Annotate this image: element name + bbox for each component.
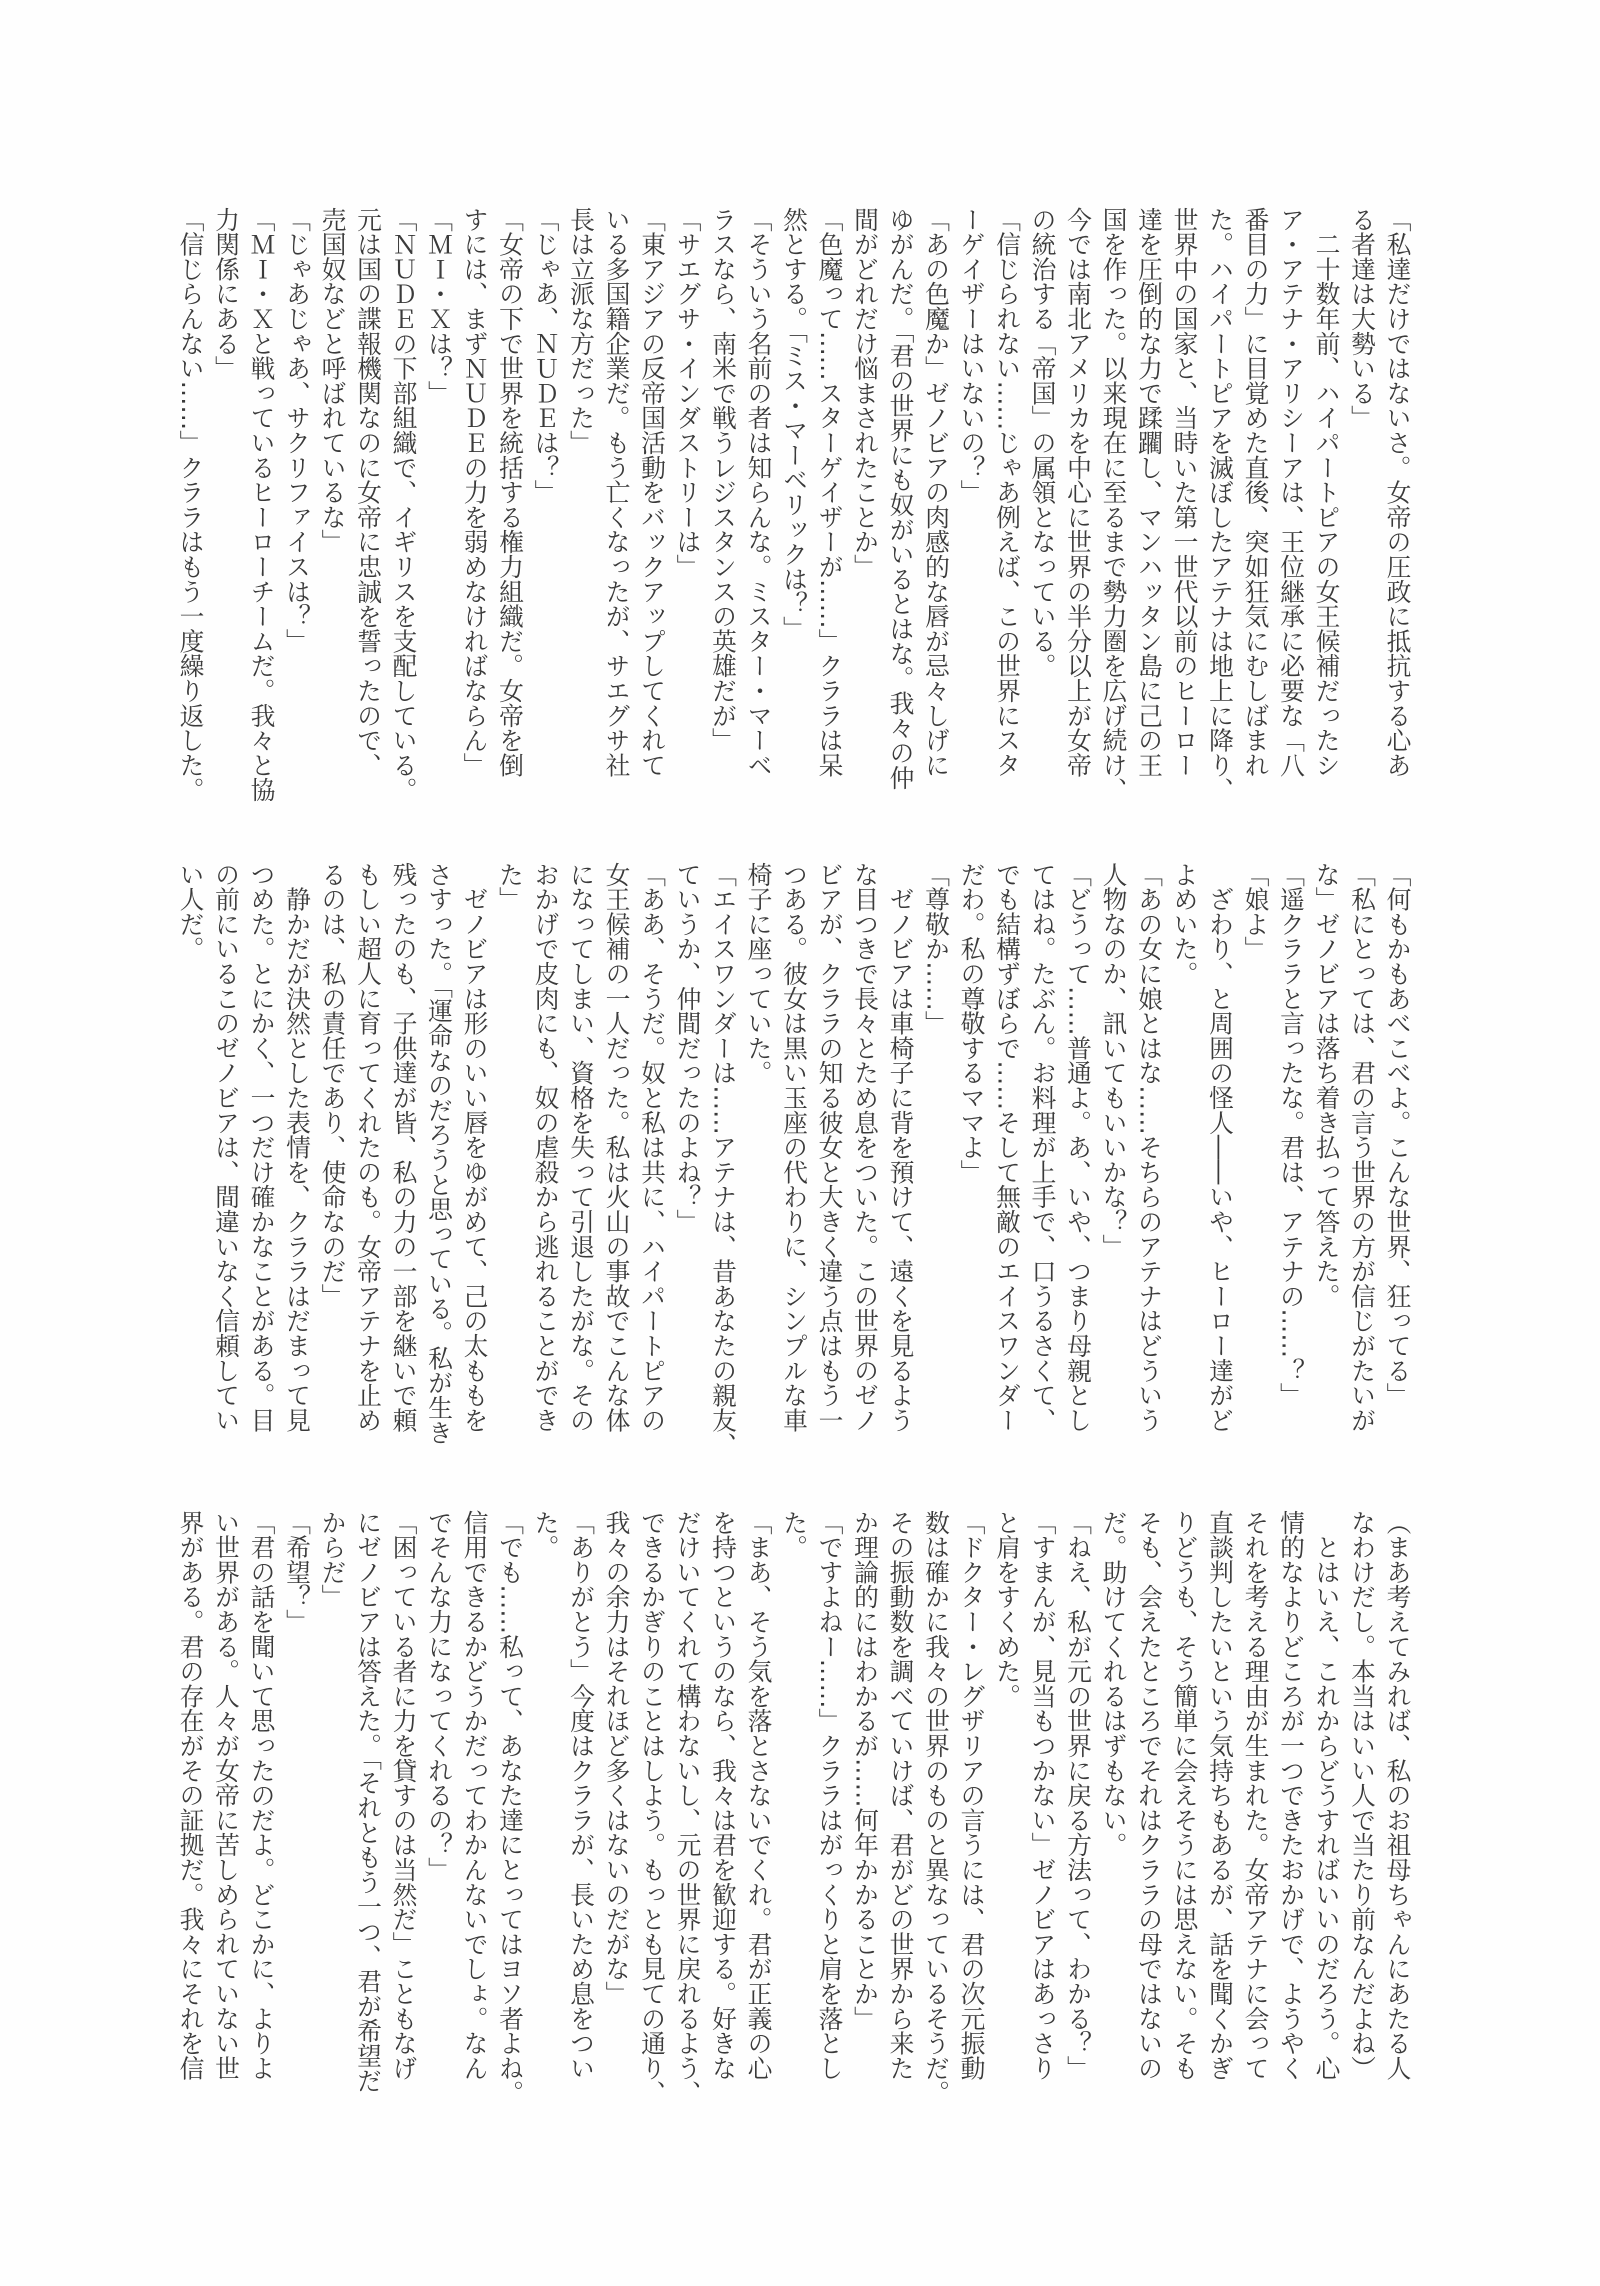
text-column: すには、まずＮＵＤＥの力を弱めなければならん」 (457, 207, 493, 807)
text-column: 「私達だけではないさ。女帝の圧政に抵抗する心あ (1380, 207, 1416, 807)
text-column: てはね。たぶん。お料理が上手で、口うるさくて、 (1025, 862, 1061, 1462)
text-column: 元は国の諜報機関なのに女帝に忠誠を誓ったので、 (350, 207, 386, 807)
text-column: ゆがんだ。「君の世界にも奴がいるとはな。我々の仲 (883, 207, 919, 807)
text-column: 人物なのか、訊いてもいいかな？」 (1096, 862, 1132, 1462)
text-column: 「そういう名前の者は知らんな。ミスター・マーベ (741, 207, 777, 807)
text-column: 「すまんが、見当もつかない」ゼノビアはあっさり (1025, 1510, 1061, 2110)
text-column: 売国奴などと呼ばれているな」 (315, 207, 351, 807)
text-column: 「じゃあ、ＮＵＤＥは？」 (528, 207, 564, 807)
text-column: 信用できるかどうかだってわかんないでしょ。なん (457, 1510, 493, 2110)
text-column: 「ＭＩ・Ｘと戦っているヒーローチームだ。我々と協 (244, 207, 280, 807)
text-column: 「信じられない……じゃあ例えば、この世界にスタ (989, 207, 1025, 807)
text-column: ゼノビアは形のいい唇をゆがめて、己の太ももを (457, 862, 493, 1462)
text-column: 「女帝の下で世界を統括する権力組織だ。女帝を倒 (492, 207, 528, 807)
text-column: になってしまい、資格を失って引退したがな。その (563, 862, 599, 1462)
text-column: 「あの色魔か」ゼノビアの肉感的な唇が忌々しげに (918, 207, 954, 807)
text-column: 番目の力」に目覚めた直後、突如狂気にむしばまれ (1238, 207, 1274, 807)
text-column: つめた。とにかく、一つだけ確かなことがある。目 (244, 862, 280, 1462)
text-column: そも、会えたところでそれはクララの母ではないの (1131, 1510, 1167, 2110)
text-column: つある。彼女は黒い玉座の代わりに、シンプルな車 (776, 862, 812, 1462)
text-column: 「まあ、そう気を落とさないでくれ。君が正義の心 (741, 1510, 777, 2110)
text-column: りどうも、そう簡単に会えそうには思えない。そも (1167, 1510, 1203, 2110)
text-column: か理論的にはわかるが……何年かかることか」 (847, 1510, 883, 2110)
text-column: 「ドクター・レグザリアの言うには、君の次元振動 (954, 1510, 990, 2110)
text-column: の前にいるこのゼノビアは、間違いなく信頼してい (208, 862, 244, 1462)
text-column: できるかぎりのことはしよう。もっとも見ての通り、 (634, 1510, 670, 2110)
text-column: の統治する「帝国」の属領となっている。 (1025, 207, 1061, 807)
book-page: 「私達だけではないさ。女帝の圧政に抵抗する心あ る者達は大勢いる」 二十数年前、… (0, 0, 1600, 2286)
text-column: を持つというのなら、我々は君を歓迎する。好きな (705, 1510, 741, 2110)
text-column: るのは、私の責任であり、使命なのだ」 (315, 862, 351, 1462)
text-column: 「何もかもあべこべよ。こんな世界、狂ってる」 (1380, 862, 1416, 1462)
text-column: 「尊敬か……」 (918, 862, 954, 1462)
text-column: 「東アジアの反帝国活動をバックアップしてくれて (634, 207, 670, 807)
text-column: 「ＭＩ・Ｘは？」 (421, 207, 457, 807)
text-column: 「私にとっては、君の言う世界の方が信じがたいが (1344, 862, 1380, 1462)
text-column: にゼノビアは答えた。「それともう一つ、君が希望だ (350, 1510, 386, 2110)
text-column: だ。助けてくれるはずもない。 (1096, 1510, 1132, 2110)
text-column: その振動数を調べていけば、君がどの世界から来た (883, 1510, 919, 2110)
text-column: い人だ。 (173, 862, 209, 1462)
text-column: だけいてくれて構わないし、元の世界に戻れるよう、 (670, 1510, 706, 2110)
text-column: 「娘よ」 (1238, 862, 1274, 1462)
text-column: 今では南北アメリカを中心に世界の半分以上が女帝 (1060, 207, 1096, 807)
text-column: た。ハイパートピアを滅ぼしたアテナは地上に降り、 (1202, 207, 1238, 807)
text-column: でそんな力になってくれるの？」 (421, 1510, 457, 2110)
text-column: 「ですよねー……」クララはがっくりと肩を落とし (812, 1510, 848, 2110)
text-column: もしい超人に育ってくれたのも。女帝アテナを止め (350, 862, 386, 1462)
text-column: 静かだが決然とした表情を、クララはだまって見 (279, 862, 315, 1462)
text-column: 「サエグサ・インダストリーは」 (670, 207, 706, 807)
text-column: 「ねえ、私が元の世界に戻る方法って、わかる？」 (1060, 1510, 1096, 2110)
text-column: よめいた。 (1167, 862, 1203, 1462)
text-column: なわけだし。本当はいい人で当たり前なんだよね） (1344, 1510, 1380, 2110)
text-column: ーゲイザーはいないの？」 (954, 207, 990, 807)
text-column: 界がある。君の存在がその証拠だ。我々にそれを信 (173, 1510, 209, 2110)
text-column: 然とする。「ミス・マーベリックは？」 (776, 207, 812, 807)
text-column: た。 (776, 1510, 812, 2110)
text-column: 女王候補の一人だった。私は火山の事故でこんな体 (599, 862, 635, 1462)
text-column: 「エイスワンダーは……アテナは、昔あなたの親友、 (705, 862, 741, 1462)
text-column: な目つきで長々とため息をついた。この世界のゼノ (847, 862, 883, 1462)
text-column: とはいえ、これからどうすればいいのだろう。心 (1309, 1510, 1345, 2110)
text-column: 「でも……私って、あなた達にとってはヨソ者よね。 (492, 1510, 528, 2110)
text-column: 「あの女に娘とはな……そちらのアテナはどういう (1131, 862, 1167, 1462)
text-column: い世界がある。人々が女帝に苦しめられていない世 (208, 1510, 244, 2110)
text-column: 力関係にある」 (208, 207, 244, 807)
text-column: 「ＮＵＤＥの下部組織で、イギリスを支配している。 (386, 207, 422, 807)
text-column: 達を圧倒的な力で蹂躙し、マンハッタン島に己の王 (1131, 207, 1167, 807)
text-column: （まあ考えてみれば、私のお祖母ちゃんにあたる人 (1380, 1510, 1416, 2110)
text-column: 「じゃあじゃあ、サクリファイスは？」 (279, 207, 315, 807)
text-column: 間がどれだけ悩まされたことか」 (847, 207, 883, 807)
text-column: 「色魔って……スターゲイザーが……」クララは呆 (812, 207, 848, 807)
text-column: 残ったのも、子供達が皆、私の力の一部を継いで頼 (386, 862, 422, 1462)
text-column: た。 (528, 1510, 564, 2110)
text-column: ざわり、と周囲の怪人――いや、ヒーロー達がど (1202, 862, 1238, 1462)
text-column: ていうか、仲間だったのよね？」 (670, 862, 706, 1462)
text-column: 「ありがとう」今度はクララが、長いため息をつい (563, 1510, 599, 2110)
text-column: 我々の余力はそれほど多くはないのだがな」 (599, 1510, 635, 2110)
text-column: 数は確かに我々の世界のものと異なっているそうだ。 (918, 1510, 954, 2110)
text-column: でも結構ずぼらで……そして無敵のエイスワンダー (989, 862, 1025, 1462)
bottom-tier: （まあ考えてみれば、私のお祖母ちゃんにあたる人 なわけだし。本当はいい人で当たり… (172, 1510, 1415, 2110)
text-column: 「困っている者に力を貸すのは当然だ」こともなげ (386, 1510, 422, 2110)
text-column: ゼノビアは車椅子に背を預けて、遠くを見るよう (883, 862, 919, 1462)
text-column: ラスなら、南米で戦うレジスタンスの英雄だが」 (705, 207, 741, 807)
text-column: と肩をすくめた。 (989, 1510, 1025, 2110)
text-column: 国を作った。以来現在に至るまで勢力圏を広げ続け、 (1096, 207, 1132, 807)
text-column: 長は立派な方だった」 (563, 207, 599, 807)
text-column: 「ああ、そうだ。奴と私は共に、ハイパートピアの (634, 862, 670, 1462)
text-column: 「信じらんない……」クララはもう一度繰り返した。 (173, 207, 209, 807)
text-column: 「遥クララと言ったな。君は、アテナの……？」 (1273, 862, 1309, 1462)
text-column: 世界中の国家と、当時いた第一世代以前のヒーロー (1167, 207, 1203, 807)
text-column: た」 (492, 862, 528, 1462)
text-column: 直談判したいという気持ちもあるが、話を聞くかぎ (1202, 1510, 1238, 2110)
text-column: 「どうって……普通よ。あ、いや、つまり母親とし (1060, 862, 1096, 1462)
text-column: それを考える理由が生まれた。女帝アテナに会って (1238, 1510, 1274, 2110)
middle-tier: 「何もかもあべこべよ。こんな世界、狂ってる」 「私にとっては、君の言う世界の方が… (172, 862, 1415, 1462)
text-column: 二十数年前、ハイパートピアの女王候補だったシ (1309, 207, 1345, 807)
text-column: ビアが、クララの知る彼女と大きく違う点はもう一 (812, 862, 848, 1462)
text-column: おかげで皮肉にも、奴の虐殺から逃れることができ (528, 862, 564, 1462)
text-column: 「希望？」 (279, 1510, 315, 2110)
text-column: からだ」 (315, 1510, 351, 2110)
text-column: 椅子に座っていた。 (741, 862, 777, 1462)
text-column: 「君の話を聞いて思ったのだよ。どこかに、よりよ (244, 1510, 280, 2110)
text-column: 情的なよりどころが一つできたおかげで、ようやく (1273, 1510, 1309, 2110)
text-column: だわ。私の尊敬するママよ」 (954, 862, 990, 1462)
text-column: な」ゼノビアは落ち着き払って答えた。 (1309, 862, 1345, 1462)
text-column: る者達は大勢いる」 (1344, 207, 1380, 807)
text-column: さすった。「運命なのだろうと思っている。私が生き (421, 862, 457, 1462)
text-column: いる多国籍企業だ。もう亡くなったが、サエグサ社 (599, 207, 635, 807)
text-column: ア・アテナ・アリシーアは、王位継承に必要な「八 (1273, 207, 1309, 807)
top-tier: 「私達だけではないさ。女帝の圧政に抵抗する心あ る者達は大勢いる」 二十数年前、… (172, 207, 1415, 807)
